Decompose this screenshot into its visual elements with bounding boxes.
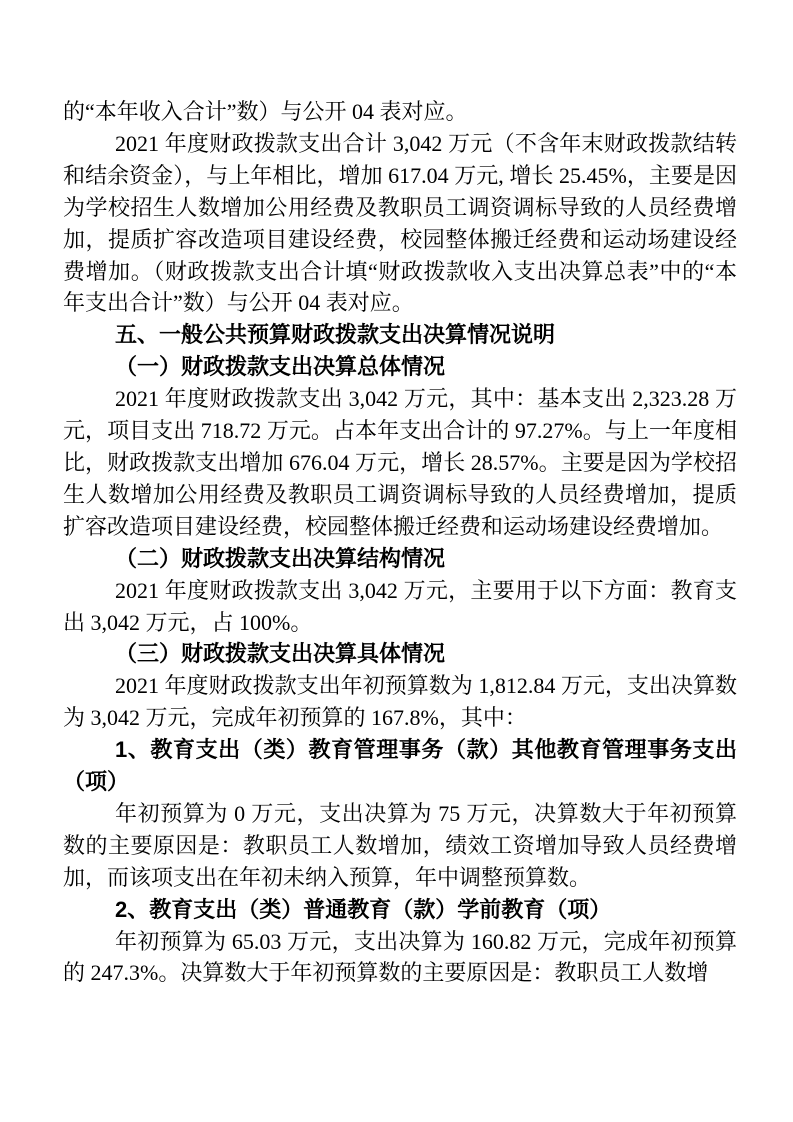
subsection-heading-three-specific-situation: （三）财政拨款支出决算具体情况 xyxy=(63,638,737,670)
item-heading-1-education-management-affairs: 1、教育支出（类）教育管理事务（款）其他教育管理事务支出（项） xyxy=(63,734,737,798)
paragraph-item-1-detail: 年初预算为 0 万元，支出决算为 75 万元，决算数大于年初预算数的主要原因是：… xyxy=(63,798,737,894)
paragraph-structure-situation: 2021 年度财政拨款支出 3,042 万元，主要用于以下方面：教育支出 3,0… xyxy=(63,575,737,639)
paragraph-specific-situation: 2021 年度财政拨款支出年初预算数为 1,812.84 万元，支出决算数为 3… xyxy=(63,670,737,734)
paragraph-income-total-note-continued: 的“本年收入合计”数）与公开 04 表对应。 xyxy=(63,96,737,128)
document-content: 的“本年收入合计”数）与公开 04 表对应。 2021 年度财政拨款支出合计 3… xyxy=(63,96,737,989)
paragraph-fiscal-expenditure-total: 2021 年度财政拨款支出合计 3,042 万元（不含年末财政拨款结转和结余资金… xyxy=(63,128,737,319)
subsection-heading-one-overall-situation: （一）财政拨款支出决算总体情况 xyxy=(63,351,737,383)
subsection-heading-two-structure-situation: （二）财政拨款支出决算结构情况 xyxy=(63,543,737,575)
section-heading-five-general-public-budget: 五、一般公共预算财政拨款支出决算情况说明 xyxy=(63,319,737,351)
item-heading-2-preschool-education: 2、教育支出（类）普通教育（款）学前教育（项） xyxy=(63,894,737,926)
document-page: 的“本年收入合计”数）与公开 04 表对应。 2021 年度财政拨款支出合计 3… xyxy=(0,0,793,1122)
paragraph-item-2-detail: 年初预算为 65.03 万元，支出决算为 160.82 万元，完成年初预算的 2… xyxy=(63,926,737,990)
paragraph-overall-situation: 2021 年度财政拨款支出 3,042 万元，其中：基本支出 2,323.28 … xyxy=(63,383,737,543)
